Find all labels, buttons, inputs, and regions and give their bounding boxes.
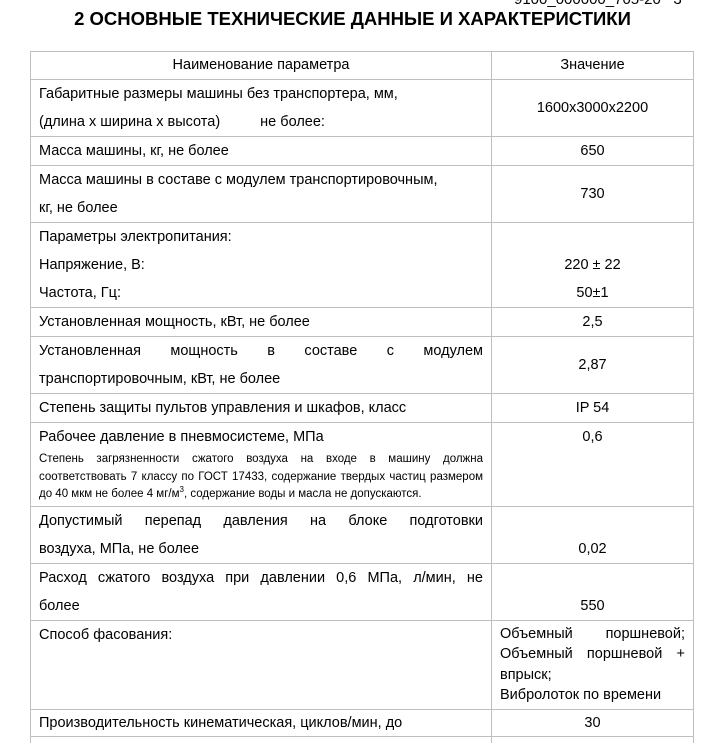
- value-text: 50±1: [500, 279, 685, 307]
- param-text: Напряжение, В:: [39, 251, 483, 279]
- value-cell-empty: [492, 736, 694, 743]
- value-cell: 2,87: [492, 337, 694, 394]
- table-row: Допустимый перепад давления на блоке под…: [31, 506, 694, 563]
- value-text: впрыск;: [500, 665, 685, 686]
- value-text: Объемный поршневой +: [500, 644, 685, 665]
- param-text: Масса машины в составе с модулем транспо…: [39, 166, 483, 194]
- value-cell: 2,5: [492, 308, 694, 337]
- value-text: Объемный поршневой;: [500, 624, 685, 645]
- table-row: Способ фасования: Объемный поршневой; Об…: [31, 620, 694, 709]
- param-cell: Способ фасования:: [31, 620, 492, 709]
- param-cell: Производительность кинематическая, цикло…: [31, 709, 492, 736]
- param-text-2: (длина х ширина х высота)не более:: [39, 108, 483, 136]
- param-text: Габаритные размеры машины без транспорте…: [39, 80, 483, 108]
- param-text: транспортировочным, кВт, не более: [39, 365, 483, 393]
- param-text: Допустимый перепад давления на блоке под…: [39, 507, 483, 535]
- param-cell: Габаритные размеры машины без транспорте…: [31, 80, 492, 137]
- value-text: 0,02: [500, 535, 685, 563]
- param-cell: Установленная мощность, кВт, не более: [31, 308, 492, 337]
- table-header-row: Наименование параметра Значение: [31, 52, 694, 80]
- value-text: 220 ± 22: [500, 251, 685, 279]
- specs-table: Наименование параметра Значение Габаритн…: [30, 51, 694, 743]
- value-cell: 30: [492, 709, 694, 736]
- column-header-parameter: Наименование параметра: [31, 52, 492, 80]
- param-text: Масса машины, кг, не более: [39, 137, 483, 165]
- param-text: Параметры электропитания:: [39, 223, 483, 251]
- value-cell: 730: [492, 166, 694, 223]
- value-text: IP 54: [500, 394, 685, 422]
- param-cell: Рабочее давление в пневмосистеме, МПа Ст…: [31, 423, 492, 507]
- param-text: Степень защиты пультов управления и шкаф…: [39, 394, 483, 422]
- param-text-part: (длина х ширина х высота): [39, 114, 220, 130]
- table-row: Установленная мощность в составе с модул…: [31, 337, 694, 394]
- table-row: Рабочее давление в пневмосистеме, МПа Ст…: [31, 423, 694, 507]
- param-text: Расход сжатого воздуха при давлении 0,6 …: [39, 564, 483, 592]
- table-row: Масса машины в составе с модулем транспо…: [31, 166, 694, 223]
- param-cell: Масса машины в составе с модулем транспо…: [31, 166, 492, 223]
- value-cell: Объемный поршневой; Объемный поршневой +…: [492, 620, 694, 709]
- param-text: кг, не более: [39, 194, 483, 222]
- table-row: Установленная мощность, кВт, не более 2,…: [31, 308, 694, 337]
- value-text: 2,5: [500, 308, 685, 336]
- value-cell: IP 54: [492, 394, 694, 423]
- table-row: Степень защиты пультов управления и шкаф…: [31, 394, 694, 423]
- param-text: Рабочее давление в пневмосистеме, МПа: [39, 423, 483, 451]
- value-cell: 220 ± 22 50±1: [492, 223, 694, 308]
- note-text-tail: , содержание воды и масла не допускаются…: [184, 488, 422, 500]
- param-cell: Параметры электропитания: Напряжение, В:…: [31, 223, 492, 308]
- param-cell-empty: [31, 736, 492, 743]
- table-row: Производительность кинематическая, цикло…: [31, 709, 694, 736]
- param-text: Способ фасования:: [39, 621, 483, 649]
- value-text: 30: [500, 710, 685, 736]
- param-text-part: не более:: [260, 114, 325, 130]
- table-row-partial: [31, 736, 694, 743]
- value-cell: 0,6: [492, 423, 694, 507]
- value-cell: 550: [492, 563, 694, 620]
- param-cell: Установленная мощность в составе с модул…: [31, 337, 492, 394]
- param-cell: Допустимый перепад давления на блоке под…: [31, 506, 492, 563]
- value-cell: 1600x3000x2200: [492, 80, 694, 137]
- document-code: 9100_000000_705-20 3: [514, 0, 682, 8]
- param-cell: Масса машины, кг, не более: [31, 137, 492, 166]
- value-text: 650: [500, 137, 685, 165]
- value-cell: 650: [492, 137, 694, 166]
- section-title: 2 ОСНОВНЫЕ ТЕХНИЧЕСКИЕ ДАННЫЕ И ХАРАКТЕР…: [0, 8, 705, 30]
- param-cell: Степень защиты пультов управления и шкаф…: [31, 394, 492, 423]
- param-text: Установленная мощность, кВт, не более: [39, 308, 483, 336]
- column-header-value: Значение: [492, 52, 694, 80]
- value-text: 550: [500, 592, 685, 620]
- param-text: воздуха, МПа, не более: [39, 535, 483, 563]
- table-row: Габаритные размеры машины без транспорте…: [31, 80, 694, 137]
- param-text: Производительность кинематическая, цикло…: [39, 710, 483, 736]
- param-text: Установленная мощность в составе с модул…: [39, 337, 483, 365]
- value-text: Вибролоток по времени: [500, 685, 685, 706]
- param-text: Частота, Гц:: [39, 279, 483, 307]
- value-cell: 0,02: [492, 506, 694, 563]
- param-cell: Расход сжатого воздуха при давлении 0,6 …: [31, 563, 492, 620]
- table-row: Расход сжатого воздуха при давлении 0,6 …: [31, 563, 694, 620]
- value-text: 0,6: [500, 423, 685, 451]
- param-text: более: [39, 592, 483, 620]
- table-row: Параметры электропитания: Напряжение, В:…: [31, 223, 694, 308]
- table-row: Масса машины, кг, не более 650: [31, 137, 694, 166]
- air-quality-note: Степень загрязненности сжатого воздуха н…: [39, 451, 483, 506]
